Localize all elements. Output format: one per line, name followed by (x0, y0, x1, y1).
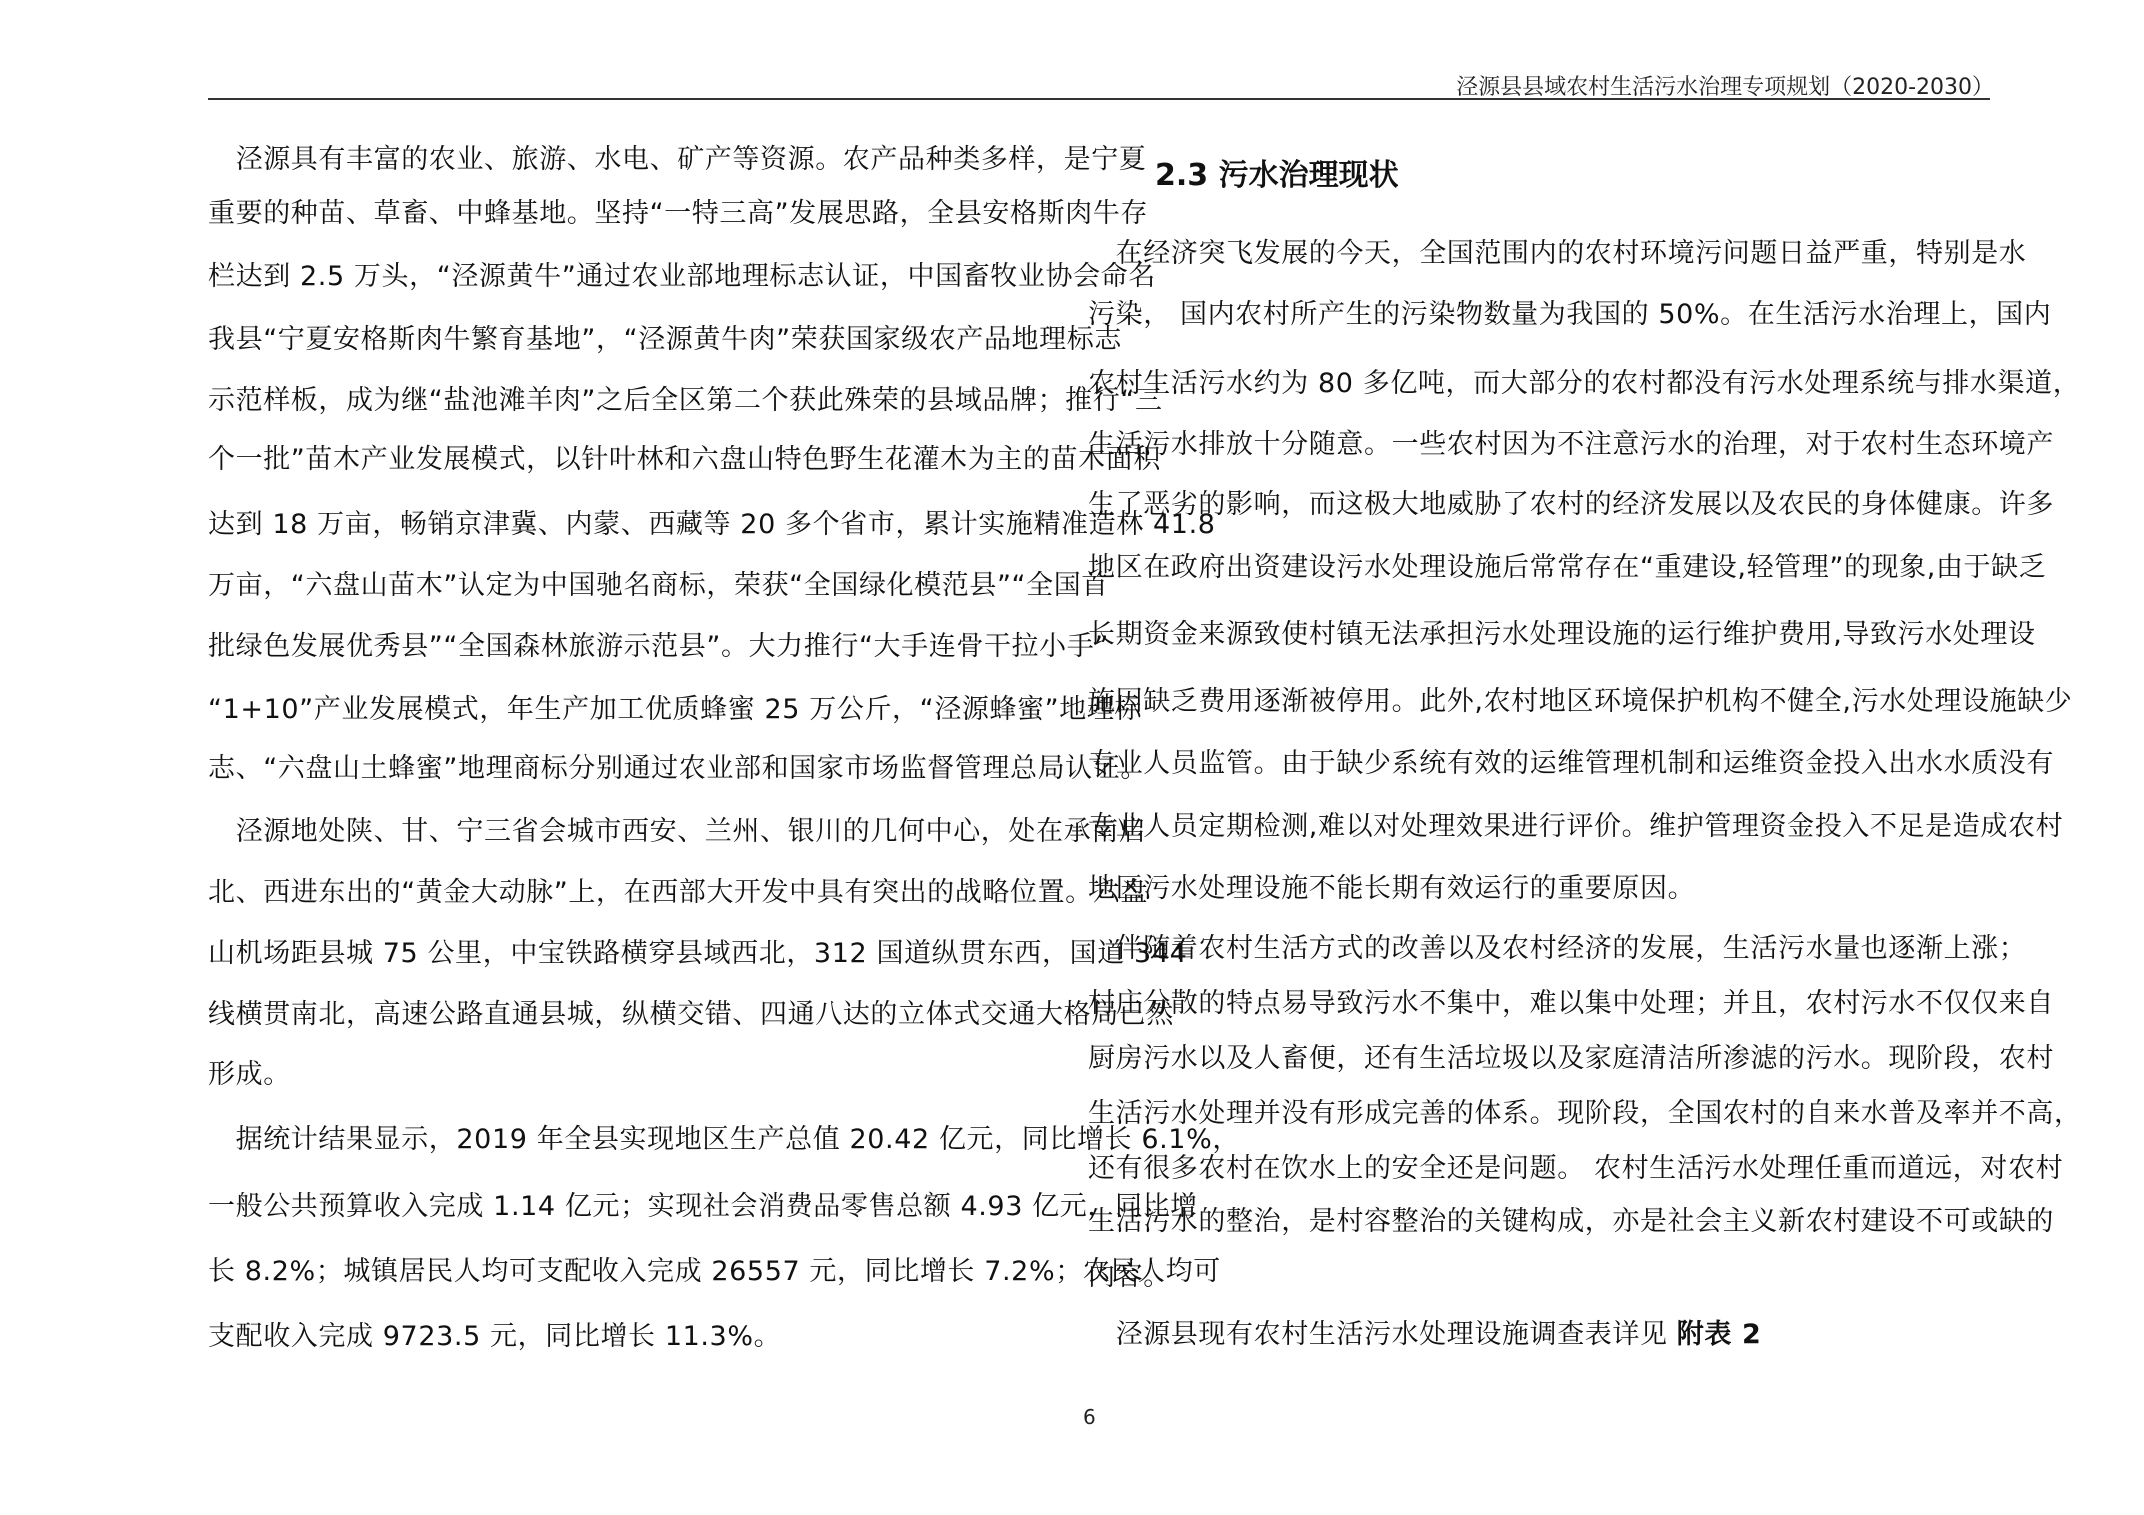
text-line: 污染， 国内农村所产生的污染物数量为我国的 50%。在生活污水治理上，国内 (1088, 298, 1978, 332)
section-heading: 2.3 污水治理现状 (1155, 150, 1399, 194)
text-line: 还有很多农村在饮水上的安全还是问题。 农村生活污水处理任重而道远，对农村 (1088, 1152, 1978, 1186)
text-line: 地区在政府出资建设污水处理设施后常常存在“重建设,轻管理”的现象,由于缺乏 (1088, 551, 1978, 585)
text-line: 长期资金来源致使村镇无法承担污水处理设施的运行维护费用,导致污水处理设 (1088, 618, 1978, 652)
text-line: “1+10”产业发展模式，年生产加工优质蜂蜜 25 万公斤，“泾源蜂蜜”地理标 (208, 693, 1058, 727)
text-line: 地区污水处理设施不能长期有效运行的重要原因。 (1088, 872, 1978, 906)
text-line: 山机场距县城 75 公里，中宝铁路横穿县域西北，312 国道纵贯东西，国道 34… (208, 937, 1058, 971)
document-title: 泾源县县域农村生活污水治理专项规划（2020-2030） (1456, 70, 1994, 101)
text-line: 在经济突飞发展的今天，全国范围内的农村环境污问题日益严重，特别是水 (1088, 237, 1978, 271)
text-line: 泾源具有丰富的农业、旅游、水电、矿产等资源。农产品种类多样，是宁夏 (208, 143, 1058, 177)
text-line: 支配收入完成 9723.5 元，同比增长 11.3%。 (208, 1320, 1058, 1354)
text-line: 示范样板，成为继“盐池滩羊肉”之后全区第二个获此殊荣的县域品牌；推行“三 (208, 384, 1058, 418)
text-line: 生活污水排放十分随意。一些农村因为不注意污水的治理，对于农村生态环境产 (1088, 428, 1978, 462)
text-line: 一般公共预算收入完成 1.14 亿元；实现社会消费品零售总额 4.93 亿元，同… (208, 1190, 1058, 1224)
text-line: 线横贯南北，高速公路直通县城，纵横交错、四通八达的立体式交通大格局已然 (208, 998, 1058, 1032)
text-line: 个一批”苗木产业发展模式，以针叶林和六盘山特色野生花灌木为主的苗木面积 (208, 443, 1058, 477)
text-line: 达到 18 万亩，畅销京津冀、内蒙、西藏等 20 多个省市，累计实施精准造林 4… (208, 508, 1058, 542)
text-line: 我县“宁夏安格斯肉牛繁育基地”，“泾源黄牛肉”荣获国家级农产品地理标志 (208, 323, 1058, 357)
appendix-reference: 泾源县现有农村生活污水处理设施调查表详见 附表 2 (1088, 1318, 1978, 1352)
text-line: 重要的种苗、草畜、中蜂基地。坚持“一特三高”发展思路，全县安格斯肉牛存 (208, 197, 1058, 231)
text-line: 内容。 (1088, 1260, 1978, 1294)
text-line: 栏达到 2.5 万头，“泾源黄牛”通过农业部地理标志认证，中国畜牧业协会命名 (208, 260, 1058, 294)
text-line: 形成。 (208, 1058, 1058, 1092)
text-line: 生活污水处理并没有形成完善的体系。现阶段，全国农村的自来水普及率并不高， (1088, 1097, 1978, 1131)
text-line: 伴随着农村生活方式的改善以及农村经济的发展，生活污水量也逐渐上涨； (1088, 932, 1978, 966)
text-line: 施因缺乏费用逐渐被停用。此外,农村地区环境保护机构不健全,污水处理设施缺少 (1088, 685, 1978, 719)
text-line: 批绿色发展优秀县”“全国森林旅游示范县”。大力推行“大手连骨干拉小手” (208, 630, 1058, 664)
text-line: 长 8.2%；城镇居民人均可支配收入完成 26557 元，同比增长 7.2%；农… (208, 1255, 1058, 1289)
text-line: 志、“六盘山土蜂蜜”地理商标分别通过农业部和国家市场监督管理总局认证。 (208, 752, 1058, 786)
appendix-link[interactable]: 附表 2 (1677, 1319, 1762, 1350)
text-line: 厨房污水以及人畜便，还有生活垃圾以及家庭清洁所渗滤的污水。现阶段，农村 (1088, 1042, 1978, 1076)
text-line: 生活污水的整治，是村容整治的关键构成，亦是社会主义新农村建设不可或缺的 (1088, 1205, 1978, 1239)
text-line: 农村生活污水约为 80 多亿吨，而大部分的农村都没有污水处理系统与排水渠道， (1088, 367, 1978, 401)
header-divider (208, 98, 1990, 100)
reference-text: 泾源县现有农村生活污水处理设施调查表详见 (1088, 1319, 1677, 1350)
text-line: 北、西进东出的“黄金大动脉”上，在西部大开发中具有突出的战略位置。六盘 (208, 876, 1058, 910)
text-line: 专业人员监管。由于缺少系统有效的运维管理机制和运维资金投入出水水质没有 (1088, 747, 1978, 781)
text-line: 生了恶劣的影响，而这极大地威胁了农村的经济发展以及农民的身体健康。许多 (1088, 488, 1978, 522)
page-number: 6 (1083, 1405, 1096, 1429)
text-line: 万亩，“六盘山苗木”认定为中国驰名商标，荣获“全国绿化模范县”“全国首 (208, 569, 1058, 603)
text-line: 据统计结果显示，2019 年全县实现地区生产总值 20.42 亿元，同比增长 6… (208, 1123, 1058, 1157)
text-line: 专业人员定期检测,难以对处理效果进行评价。维护管理资金投入不足是造成农村 (1088, 810, 1978, 844)
text-line: 村庄分散的特点易导致污水不集中，难以集中处理；并且，农村污水不仅仅来自 (1088, 987, 1978, 1021)
text-line: 泾源地处陕、甘、宁三省会城市西安、兰州、银川的几何中心，处在承南启 (208, 815, 1058, 849)
